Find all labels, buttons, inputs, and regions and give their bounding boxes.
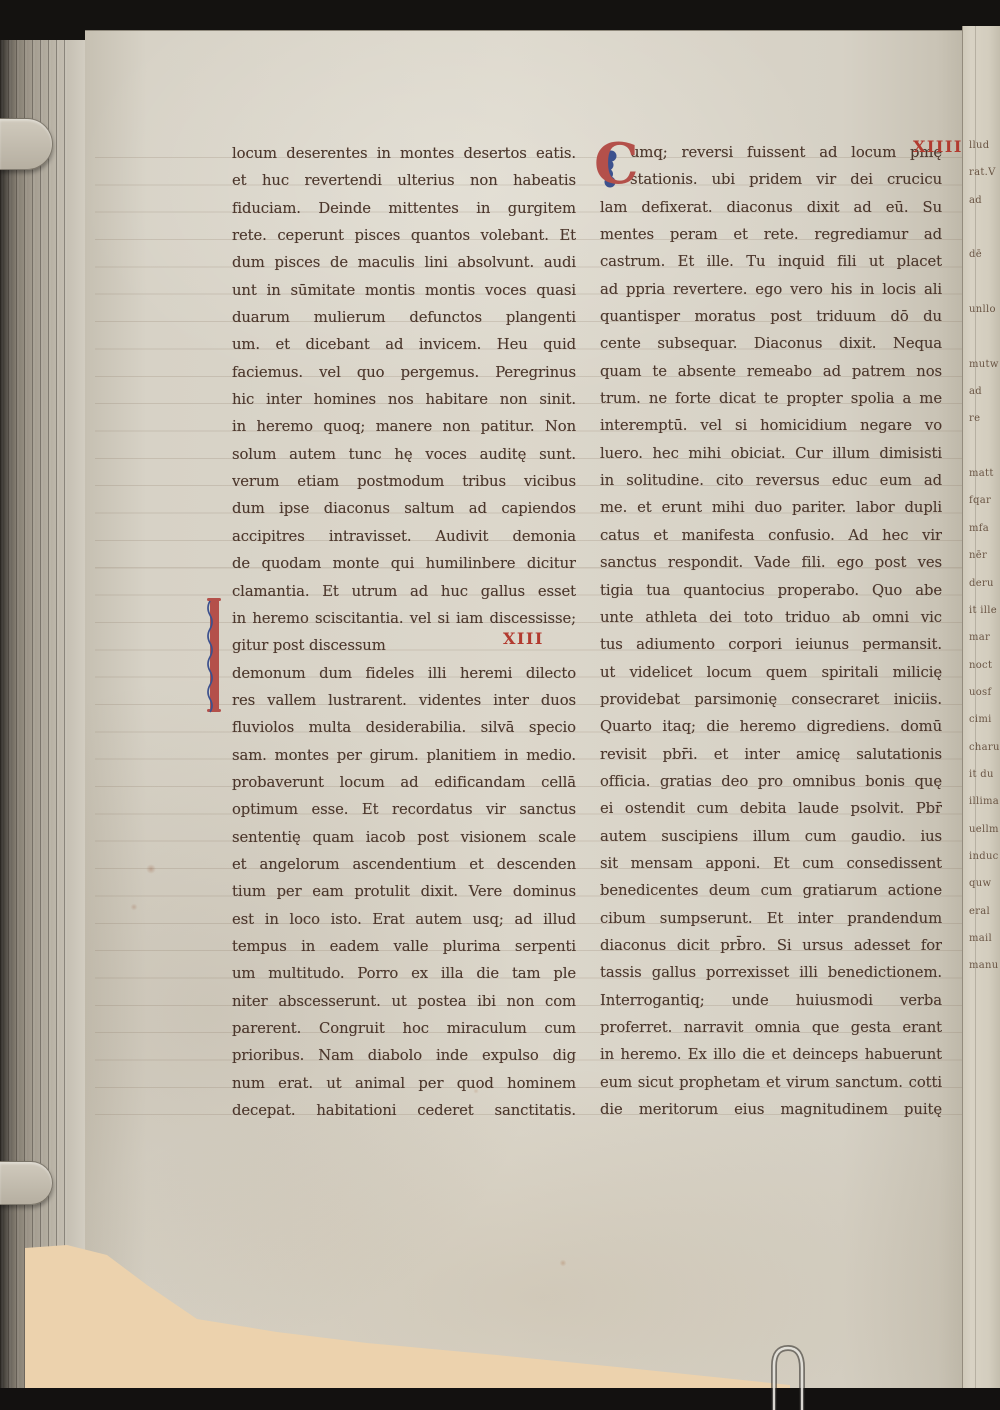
text-line: duarum mulierum defunctos plangenti <box>232 304 576 331</box>
text-line: interemptū. vel si homicidium negare vo <box>600 412 942 439</box>
edge-text-fragment: nēr <box>963 542 1000 569</box>
fore-edge-text: lludrat.Vaddēunllomutwadremattfqarmfanēr… <box>963 132 1000 1062</box>
edge-text-fragment <box>963 1007 1000 1034</box>
text-line: quantisper moratus post triduum dō du <box>600 303 942 330</box>
text-line: optimum esse. Et recordatus vir sanctus <box>232 796 576 823</box>
text-line: num erat. ut animal per quod hominem <box>232 1070 576 1097</box>
text-line: providebat parsimonię consecraret inicii… <box>600 686 942 713</box>
edge-text-fragment <box>963 980 1000 1007</box>
text-line: me. et erunt mihi duo pariter. labor dup… <box>600 494 942 521</box>
text-line: um multitudo. Porro ex illa die tam ple <box>232 960 576 987</box>
edge-text-fragment: uellm <box>963 816 1000 843</box>
text-line: et huc revertendi ulterius non habeatis <box>232 167 576 194</box>
bottom-background <box>0 1388 1000 1410</box>
text-line: demonum dum fideles illi heremi dilecto <box>232 660 576 687</box>
page-weight-clip <box>760 1336 818 1410</box>
text-line: tempus in eadem valle plurima serpenti <box>232 933 576 960</box>
edge-text-fragment: illima <box>963 788 1000 815</box>
edge-text-fragment: llud <box>963 132 1000 159</box>
text-line: Interrogantiq; unde huiusmodi verba <box>600 987 942 1014</box>
text-line: probaverunt locum ad edificandam cellā <box>232 769 576 796</box>
text-line: revisit pbr̄i. et inter amicę salutation… <box>600 741 942 768</box>
text-line: dum pisces de maculis lini absolvunt. au… <box>232 249 576 276</box>
edge-text-fragment: matt <box>963 460 1000 487</box>
text-line: sanctus respondit. Vade fili. ego post v… <box>600 549 942 576</box>
text-line: decepat. habitationi cederet sanctitatis… <box>232 1097 576 1124</box>
edge-text-fragment <box>963 269 1000 296</box>
edge-text-fragment: induc <box>963 843 1000 870</box>
text-line: res vallem lustrarent. videntes inter du… <box>232 687 576 714</box>
text-line: dum ipse diaconus saltum ad capiendos <box>232 495 576 522</box>
edge-text-fragment: cimi <box>963 706 1000 733</box>
edge-text-fragment: charu <box>963 734 1000 761</box>
decorated-initial-i: I <box>205 597 223 713</box>
text-line: diaconus dicit prb̄ro. Si ursus adesset … <box>600 932 942 959</box>
text-line: cibum sumpserunt. Et inter prandendum <box>600 905 942 932</box>
edge-text-fragment <box>963 433 1000 460</box>
text-line: die meritorum eius magnitudinem puitę <box>600 1096 942 1123</box>
text-line: um. et dicebant ad invicem. Heu quid <box>232 331 576 358</box>
text-line: rete. ceperunt pisces quantos volebant. … <box>232 222 576 249</box>
edge-text-fragment: it du <box>963 761 1000 788</box>
edge-text-fragment: fqar <box>963 487 1000 514</box>
text-line: verum etiam postmodum tribus vicibus <box>232 468 576 495</box>
text-line: tigia tua quantocius properabo. Quo abe <box>600 577 942 604</box>
text-line: in heremo quoq; manere non patitur. Non <box>232 413 576 440</box>
text-line: quam te absente remeabo ad patrem nos <box>600 358 942 385</box>
text-line: et angelorum ascendentium et descenden <box>232 851 576 878</box>
edge-text-fragment: noct <box>963 652 1000 679</box>
sewing-tab-bottom <box>0 1161 53 1205</box>
text-line: de quodam monte qui humilinbere dicitur <box>232 550 576 577</box>
text-line: sam. montes per girum. planitiem in medi… <box>232 742 576 769</box>
text-line: luero. hec mihi obiciat. Cur illum dimis… <box>600 440 942 467</box>
initial-letter: C <box>594 135 639 193</box>
text-line: faciemus. vel quo pergemus. Peregrinus <box>232 359 576 386</box>
edge-text-fragment: ad <box>963 378 1000 405</box>
text-line: stationis. ubi pridem vir dei crucicu <box>600 166 942 193</box>
text-line: catus et manifesta confusio. Ad hec vir <box>600 522 942 549</box>
text-line: in heremo. Ex illo die et deinceps habue… <box>600 1041 942 1068</box>
edge-text-fragment: it ille <box>963 597 1000 624</box>
edge-text-fragment: dē <box>963 241 1000 268</box>
text-line: solum autem tunc hę voces auditę sunt. <box>232 441 576 468</box>
edge-text-fragment: re <box>963 405 1000 432</box>
edge-text-fragment <box>963 1034 1000 1061</box>
text-line: tassis gallus porrexisset illi benedicti… <box>600 959 942 986</box>
text-line: proferret. narravit omnia que gesta eran… <box>600 1014 942 1041</box>
text-line: tium per eam protulit dixit. Vere dominu… <box>232 878 576 905</box>
edge-text-fragment: mar <box>963 624 1000 651</box>
sewing-tab-top <box>0 118 53 170</box>
text-line: cente subsequar. Diaconus dixit. Nequa <box>600 330 942 357</box>
text-line: est in loco isto. Erat autem usq; ad ill… <box>232 906 576 933</box>
clip-artwork <box>760 1336 818 1410</box>
text-line: fiduciam. Deinde mittentes in gurgitem <box>232 195 576 222</box>
text-line: clamantia. Et utrum ad huc gallus esset <box>232 578 576 605</box>
text-line: niter abscesserunt. ut postea ibi non co… <box>232 988 576 1015</box>
text-line: sententię quam iacob post visionem scale <box>232 824 576 851</box>
text-line: eum sicut prophetam et virum sanctum. co… <box>600 1069 942 1096</box>
chapter-number-xiiii: XIIII <box>913 137 963 156</box>
text-line: parerent. Congruit hoc miraculum cum <box>232 1015 576 1042</box>
edge-text-fragment <box>963 214 1000 241</box>
edge-text-fragment: mfa <box>963 515 1000 542</box>
text-line: lam defixerat. diaconus dixit ad eū. Su <box>600 194 942 221</box>
initial-i-artwork <box>205 597 223 713</box>
edge-text-fragment: manu <box>963 952 1000 979</box>
text-line: benedicentes deum cum gratiarum actione <box>600 877 942 904</box>
text-line: ad ppria revertere. ego vero his in loci… <box>600 276 942 303</box>
edge-text-fragment: mail <box>963 925 1000 952</box>
text-line: unte athleta dei toto triduo ab omni vic <box>600 604 942 631</box>
edge-text-fragment: rat.V <box>963 159 1000 186</box>
text-line: locum deserentes in montes desertos eati… <box>232 140 576 167</box>
edge-text-fragment: deru <box>963 570 1000 597</box>
text-line: autem suscipiens illum cum gaudio. ius <box>600 823 942 850</box>
fore-edge-pages: lludrat.Vaddēunllomutwadremattfqarmfanēr… <box>962 26 1000 1392</box>
text-line: mentes peram et rete. regrediamur ad <box>600 221 942 248</box>
text-line: trum. ne forte dicat te propter spolia a… <box>600 385 942 412</box>
text-line: castrum. Et ille. Tu inquid fili ut plac… <box>600 248 942 275</box>
text-line: Quarto itaq; die heremo digrediens. domū <box>600 713 942 740</box>
manuscript-photo: locum deserentes in montes desertos eati… <box>0 0 1000 1410</box>
edge-text-fragment: ad <box>963 187 1000 214</box>
right-column-lines: umq; reversi fuissent ad locum pmęstatio… <box>600 139 942 1123</box>
text-line: officia. gratias deo pro omnibus bonis q… <box>600 768 942 795</box>
text-line: hic inter homines nos habitare non sinit… <box>232 386 576 413</box>
text-line: accipitres intravisset. Audivit demonia <box>232 523 576 550</box>
text-line: fluviolos multa desiderabilia. silvā spe… <box>232 714 576 741</box>
edge-text-fragment: quw <box>963 870 1000 897</box>
text-line: ei ostendit cum debita laude psolvit. Pb… <box>600 795 942 822</box>
text-line: unt in sūmitate montis montis voces quas… <box>232 277 576 304</box>
text-column-right: umq; reversi fuissent ad locum pmęstatio… <box>600 139 942 1125</box>
edge-text-fragment: mutw <box>963 351 1000 378</box>
text-line: ut videlicet locum quem spiritali milici… <box>600 659 942 686</box>
text-line: tus adiumento corpori ieiunus permansit. <box>600 631 942 658</box>
text-column-left: locum deserentes in montes desertos eati… <box>232 140 576 1126</box>
edge-text-fragment: uosf <box>963 679 1000 706</box>
edge-text-fragment: unllo <box>963 296 1000 323</box>
edge-text-fragment <box>963 323 1000 350</box>
chapter-number-xiii: XIII <box>503 629 544 648</box>
text-line: sit mensam apponi. Et cum consedissent <box>600 850 942 877</box>
text-line: in solitudine. cito reversus educ eum ad <box>600 467 942 494</box>
decorated-initial-c: C <box>594 135 632 197</box>
text-line: umq; reversi fuissent ad locum pmę <box>600 139 942 166</box>
text-line: prioribus. Nam diabolo inde expulso dig <box>232 1042 576 1069</box>
edge-text-fragment: eral <box>963 898 1000 925</box>
